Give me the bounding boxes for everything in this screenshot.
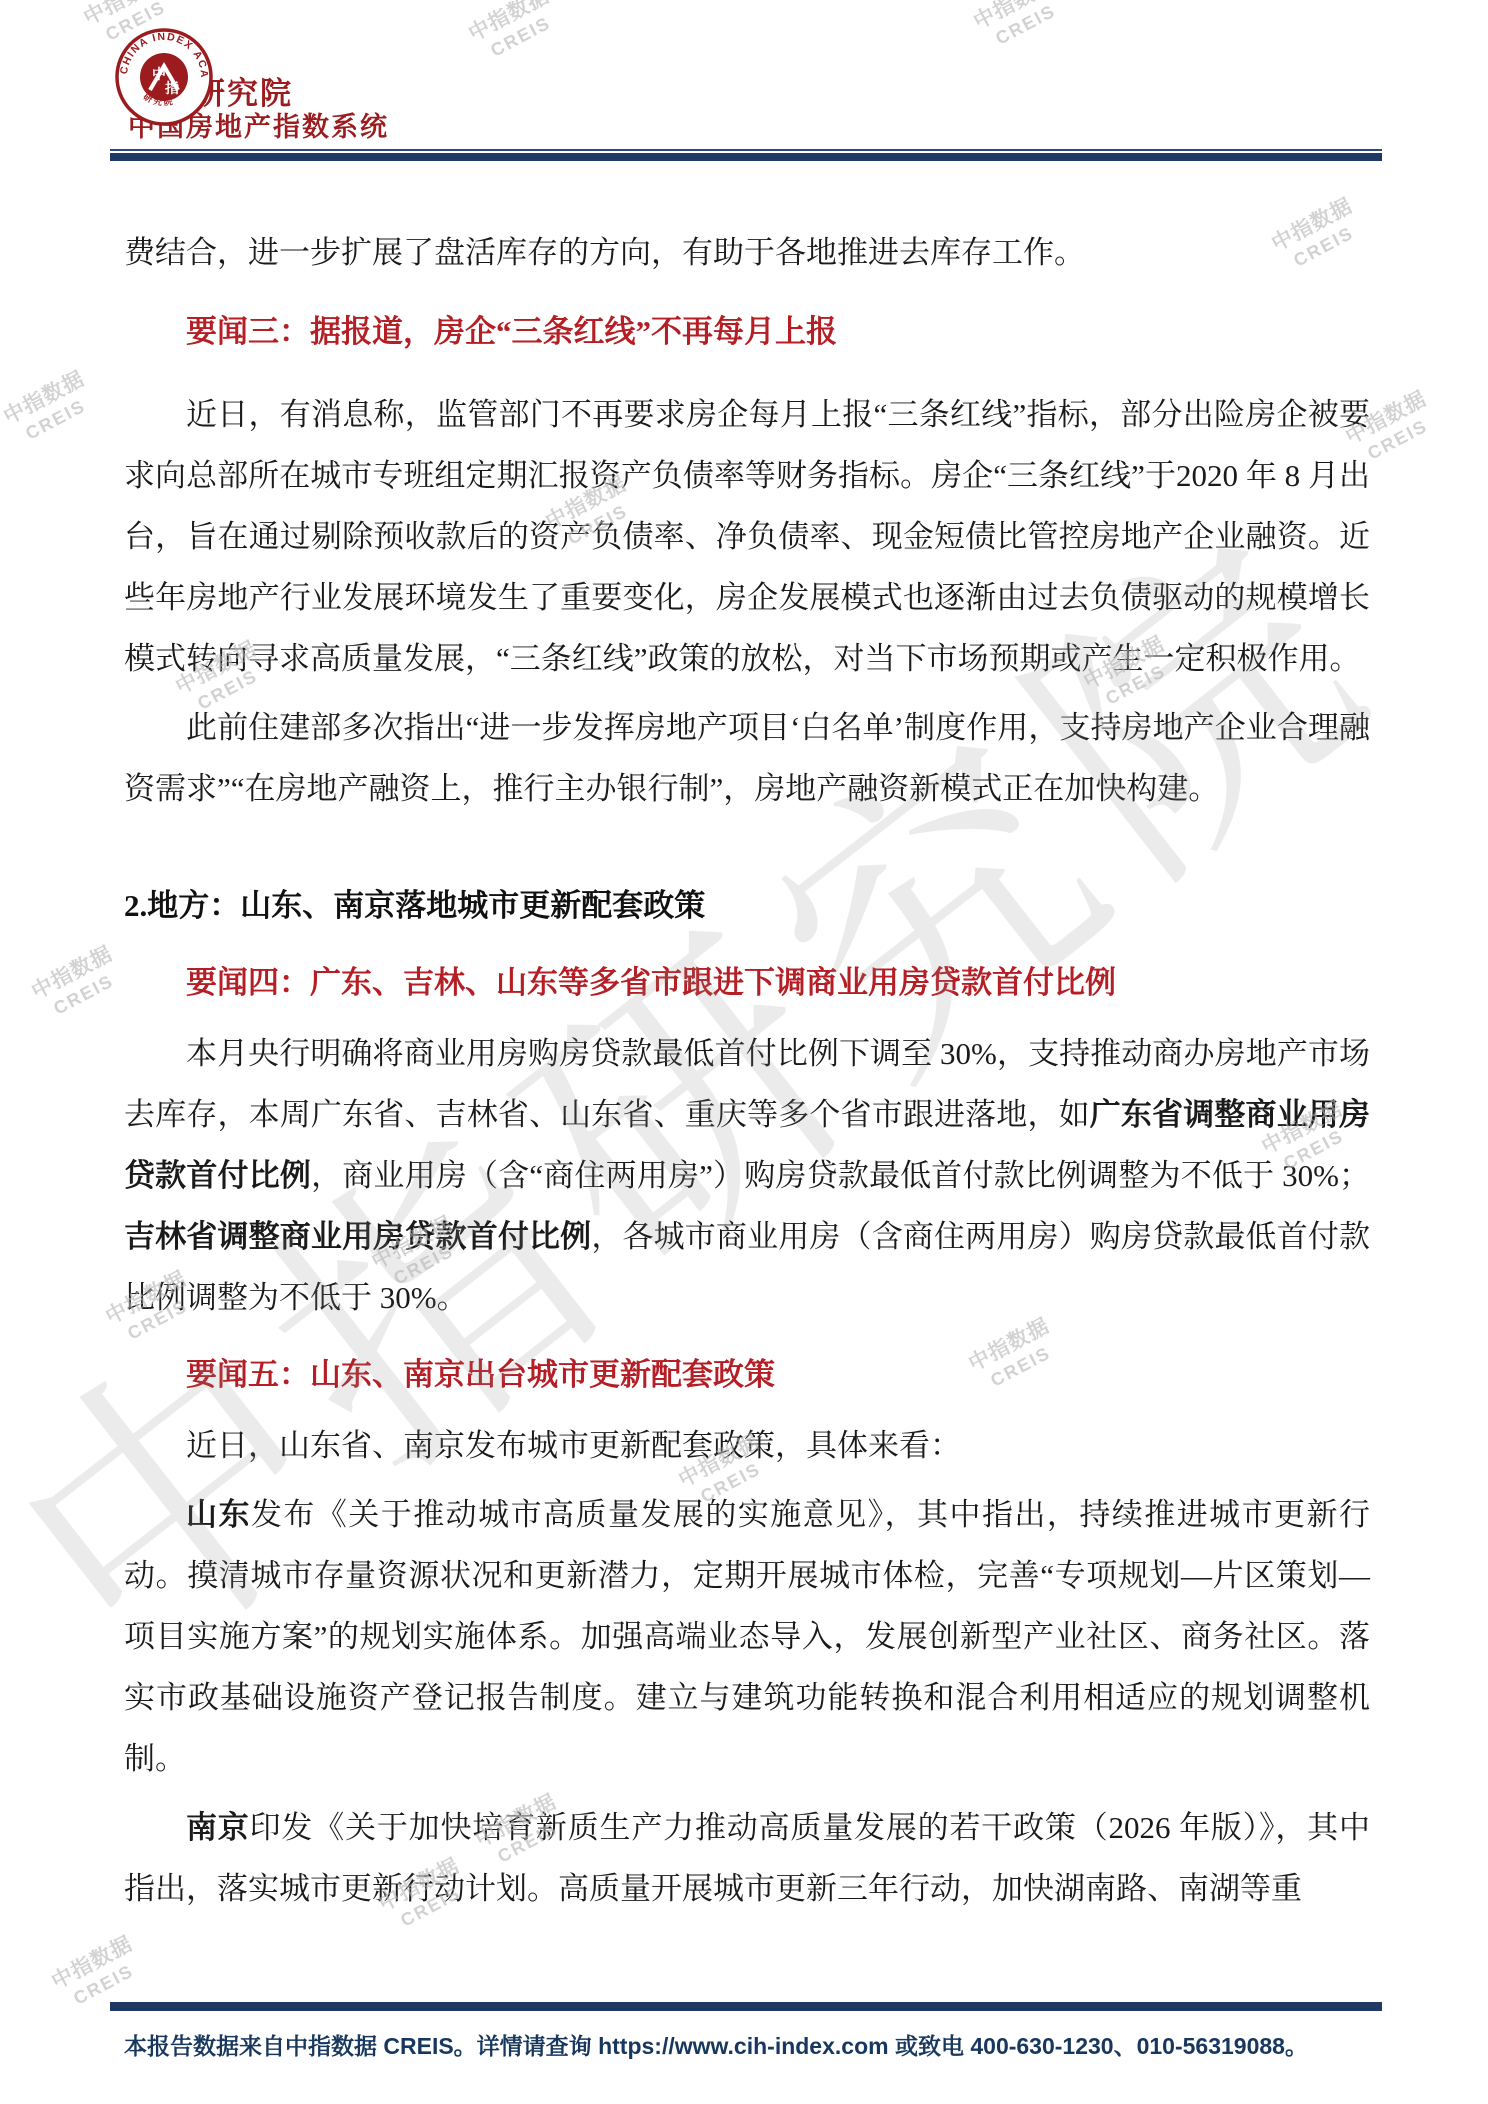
section-heading: 2.地方：山东、南京落地城市更新配套政策	[124, 875, 1370, 936]
text-segment: 要闻三：据报道，房企“三条红线”不再每月上报	[186, 314, 837, 349]
text-segment: 费结合，进一步扩展了盘活库存的方向，有助于各地推进去库存工作。	[124, 235, 1085, 270]
paragraph: 本月央行明确将商业用房购房贷款最低首付比例下调至 30%，支持推动商办房地产市场…	[124, 1023, 1370, 1328]
bold-text-segment: 南京	[186, 1810, 250, 1845]
header-rule	[110, 149, 1382, 161]
footer-text: 本报告数据来自中指数据 CREIS。详情请查询	[124, 2033, 598, 2059]
text-segment: 近日，山东省、南京发布城市更新配套政策，具体来看：	[186, 1428, 961, 1463]
text-segment: 要闻四：广东、吉林、山东等多省市跟进下调商业用房贷款首付比例	[186, 965, 1116, 1000]
text-segment: 近日，有消息称，监管部门不再要求房企每月上报“三条红线”指标，部分出险房企被要求…	[124, 397, 1370, 676]
paragraph: 近日，山东省、南京发布城市更新配套政策，具体来看：	[124, 1415, 1370, 1476]
bold-text-segment: 山东	[186, 1497, 251, 1532]
red-heading: 要闻四：广东、吉林、山东等多省市跟进下调商业用房贷款首付比例	[124, 952, 1370, 1013]
paragraph: 南京印发《关于加快培育新质生产力推动高质量发展的若干政策（2026 年版）》，其…	[124, 1797, 1370, 1919]
china-index-academy-seal-icon: CHINA INDEX ACADEMY 中 指 研 究 院	[114, 26, 214, 133]
report-page: 中指研究院 中指数据CREIS中指数据CREIS中指数据CREIS中指数据CRE…	[0, 0, 1488, 2104]
document-body: 费结合，进一步扩展了盘活库存的方向，有助于各地推进去库存工作。要闻三：据报道，房…	[124, 222, 1370, 1919]
paragraph: 近日，有消息称，监管部门不再要求房企每月上报“三条红线”指标，部分出险房企被要求…	[124, 384, 1370, 689]
paragraph: 此前住建部多次指出“进一步发挥房地产项目‘白名单’制度作用，支持房地产企业合理融…	[124, 697, 1370, 819]
svg-text:中: 中	[152, 66, 166, 83]
text-segment: 此前住建部多次指出“进一步发挥房地产项目‘白名单’制度作用，支持房地产企业合理融…	[124, 710, 1370, 806]
red-heading: 要闻三：据报道，房企“三条红线”不再每月上报	[124, 301, 1370, 362]
text-segment: 要闻五：山东、南京出台城市更新配套政策	[186, 1357, 775, 1392]
text-segment: 2.地方：山东、南京落地城市更新配套政策	[124, 888, 705, 923]
text-segment: 发布《关于推动城市高质量发展的实施意见》，其中指出，持续推进城市更新行动。摸清城…	[124, 1497, 1370, 1776]
paragraph: 山东发布《关于推动城市高质量发展的实施意见》，其中指出，持续推进城市更新行动。摸…	[124, 1484, 1370, 1789]
footer: 本报告数据来自中指数据 CREIS。详情请查询 https://www.cih-…	[124, 2028, 1404, 2061]
creis-watermark: 中指数据CREIS	[0, 355, 123, 463]
text-segment: 印发《关于加快培育新质生产力推动高质量发展的若干政策（2026 年版）》，其中指…	[124, 1810, 1370, 1906]
creis-watermark: 中指数据CREIS	[25, 1920, 171, 2028]
creis-watermark: 中指数据CREIS	[947, 0, 1093, 68]
bold-text-segment: 吉林省调整商业用房贷款首付比例	[124, 1219, 591, 1254]
text-segment: ，商业用房（含“商住两用房”）购房贷款最低首付款比例调整为不低于 30%；	[311, 1158, 1370, 1193]
red-heading: 要闻五：山东、南京出台城市更新配套政策	[124, 1344, 1370, 1405]
footer-link[interactable]: https://www.cih-index.com	[598, 2033, 889, 2059]
paragraph: 费结合，进一步扩展了盘活库存的方向，有助于各地推进去库存工作。	[124, 222, 1370, 283]
creis-watermark: 中指数据CREIS	[442, 0, 588, 80]
footer-rule	[110, 2002, 1382, 2011]
footer-text: 或致电 400-630-1230、010-56319088。	[889, 2033, 1308, 2059]
svg-text:指: 指	[165, 80, 179, 97]
